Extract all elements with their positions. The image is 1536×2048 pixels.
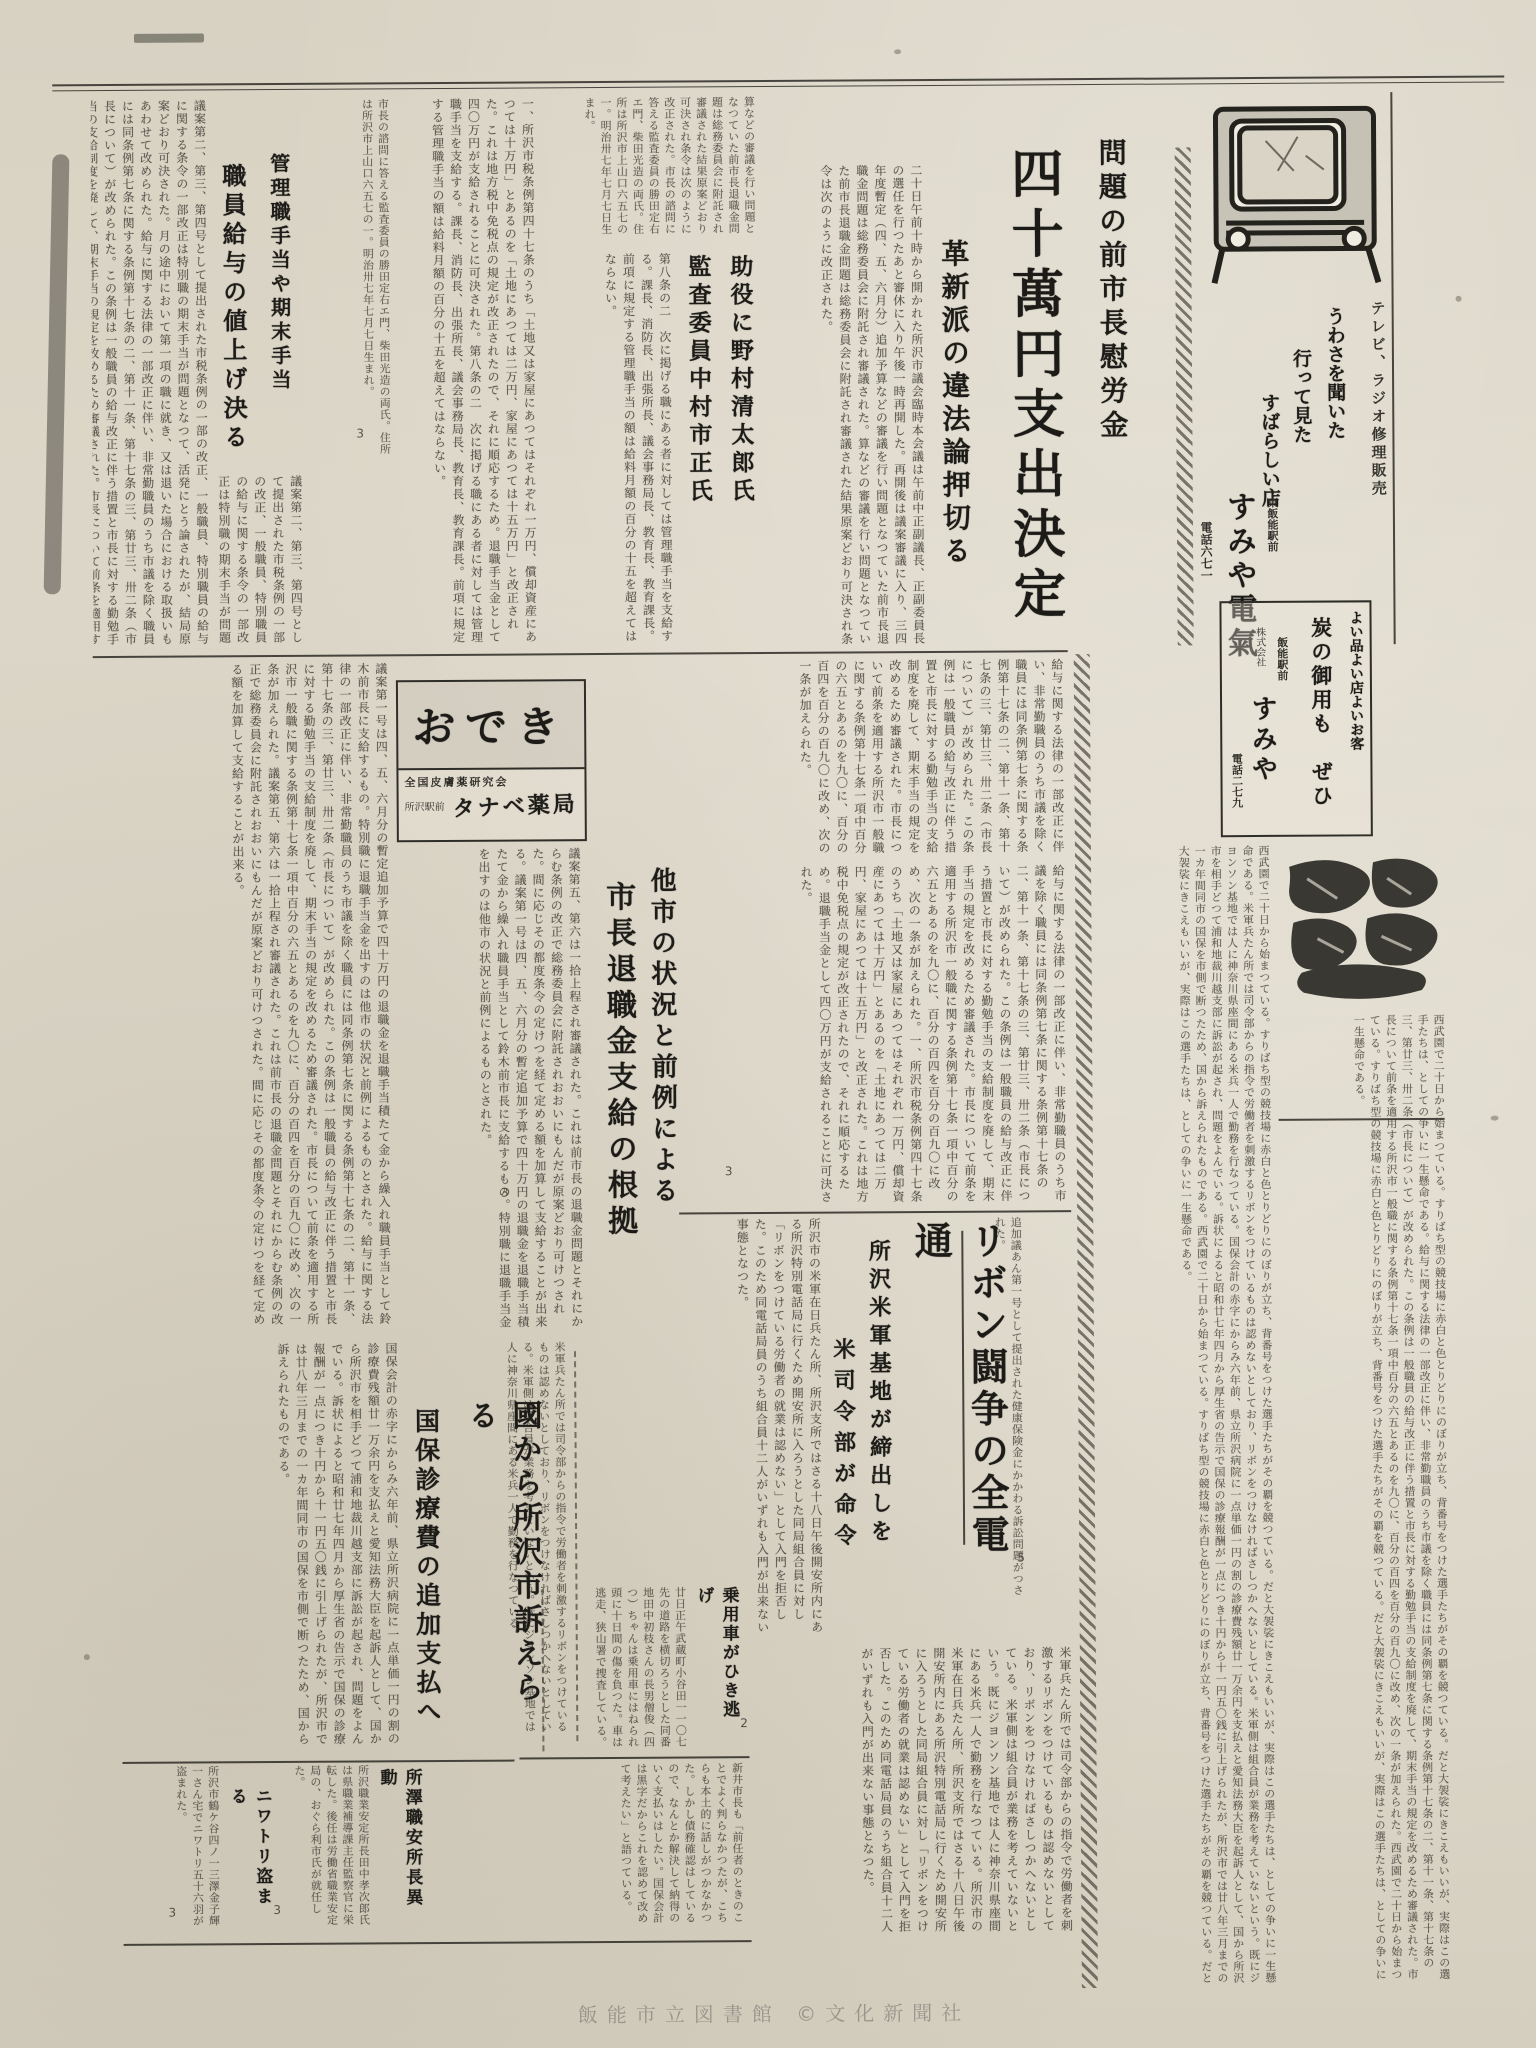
salary-article-body-left: 議案第二、第三、第四号として提出された市税条例の一部の改正、一般職員、特別職員の… [90,99,211,652]
ad-odeki[interactable]: おでき 全国皮膚薬研究会 所沢駅前 タナベ薬局 [396,679,587,842]
hatched-divider [1074,654,1098,1988]
main-subhead: 革新派の違法論押切る [933,239,976,651]
article-continuation: 算などの審議を行い問題となつていた前市長退職金問題は総務委員会に附託され審議され… [542,96,757,243]
retirement-article-body: 議案第五、第六は一拾上程され審議された。これは前市長の退職金問題とそれにからむ条… [397,847,586,1332]
ad-odeki-shop: タナベ薬局 [452,787,578,823]
section-rule [519,1756,749,1759]
hitandrun-headline: 乗用車がひき逃げ [691,1586,742,1734]
library-copyright-caption: 飯能市立図書館 ©文化新聞社 [6,1993,1536,2031]
column-end-marker: 3 [501,1186,509,1200]
scan-artifact-bar [134,33,204,42]
column-end-marker: 3 [725,1164,733,1178]
column-end-marker: 2 [740,1716,748,1730]
lawsuit-subhead: 国保診療費の追加支払へ [407,1408,445,1762]
section-rule [122,1760,514,1764]
main-kicker: 問題の前市長慰労金 [1091,138,1133,538]
ad-catch-line-2: 行って見た [1288,349,1316,489]
television-illustration-icon [1205,100,1384,291]
salary-kicker: 管理職手当や期末手当 [265,153,296,441]
ribbon-headline: リボン闘争の全電通 [903,1221,1015,1592]
ad-odeki-location: 所沢駅前 [405,798,445,813]
calligraphy-title-graphic [1277,848,1446,1011]
ad-phone: 電話六七一 [1198,521,1216,671]
ordinance-article-body: 第八条の二 次に掲げる職にある者に対しては管理職手当を支給する。課長、消防長、出… [543,253,675,650]
column-end-marker: 3 [168,1906,176,1920]
salary-article-body: 議案第二、第三、第四号として提出された市税条例の一部の改正、一般職員、特別職員の… [215,475,306,652]
retirement-article-body-left: 議案第一号は四、五、六月分の暫定追加予算で四十万円の退職金を退職手当積たて金から… [94,662,394,1334]
ordinance-body-block: 給与に関する法律の一部改正に伴い、非常勤職員のうち市議を除く職員には同条例第七条… [677,864,1069,1208]
scan-artifact-edge [44,154,70,594]
bottom-rule [124,1940,752,1946]
main-article-body: 二十日午前十時から開かれた所沢市議会臨時本会議は午前中正副議長、正副委員長の選任… [763,164,928,648]
hatched-divider [1175,147,1194,645]
ad-shop-name: すみや [1244,695,1282,807]
ribbon-subhead-1: 所沢米軍基地が締出しを [863,1239,896,1621]
column-end-marker: 5 [1017,1550,1025,1564]
ribbon-subhead-2: 米司令部が命令 [828,1337,861,1621]
ad-sumiya-coal[interactable]: よい品よい店よいお客 炭の御用も ぜひ 飯能駅前 株式会社 すみや 電話二七九 [1219,600,1372,837]
ad-sumiya-denki[interactable]: テレビ、ラジオ修理販売 うわさを聞いた 行って見た すばらしい店 東飯能駅前 す… [1199,92,1392,645]
ribbon-article-body: 所沢市の米軍在日兵たん所、所沢支所ではさる十八日午後開安所内にある所沢特別電話局… [681,1218,826,1639]
ad-company-type: 株式会社 [1252,627,1267,697]
main-headline: 四十萬円支出決定 [995,146,1073,651]
newspaper-page: テレビ、ラジオ修理販売 うわさを聞いた 行って見た すばらしい店 東飯能駅前 す… [0,0,1536,2048]
ribbon-article-body-2: 米軍兵たん所では司令部からの指令で労働者を刺激するリボンをつけているものは認めな… [752,1646,1076,1936]
top-rule [52,75,1504,86]
ad-phone: 電話二七九 [1228,753,1244,829]
feature-article-body-right: 西武園で二十日から始まつている。すりばち型の競技場に赤白と色とりどりにのぼりが立… [1278,1014,1452,1985]
lawsuit-headline: 國から所沢市訴えらる [457,1399,547,1738]
section-rule [93,650,1068,658]
auditor-article-body: 市長の諮問に答える監査委員の勝田定右エ門、柴田光造の両氏。住所は所沢市上山口六五… [306,98,392,459]
ordinance-body-strip: 給与に関する法律の一部改正に伴い、非常勤職員のうち市議を除く職員には同条例第七条… [588,658,1067,861]
section-rule [679,1210,1071,1214]
column-end-marker: 3 [356,426,364,440]
salary-headline: 職員給与の値上げ決る [215,163,252,469]
retirement-headline: 市長退職金支給の根拠 [595,881,641,1265]
feature-article-body-left: 西武園で二十日から始まつている。すりばち型の競技場に赤白と色とりどりにのぼりが立… [1099,845,1278,1986]
lawsuit-article-body: 国保会計の赤字にからみ六年前、県立所沢病院に一点単価一円の割の診療費残額廿一万余… [98,1342,403,1758]
chicken-theft-headline: ニワトリ盗まる [225,1787,276,1921]
ad-catch-line-1: うわさを聞いた [1322,306,1350,466]
joboffice-headline: 所澤職安所長異動 [375,1768,426,1920]
ad-slogan: よい品よい店よいお客 [1345,610,1366,828]
chicken-theft-article-body: 所沢市鶴ケ谷四ノ一三澤金子輝一さん宅でニワトリ五十六羽が盗まれた。 [153,1765,222,1937]
tax-ordinance-body: 一、所沢市税条例第四十七条のうち「土地又は家屋にあつてはそれぞれ一万円、償却資産… [394,97,539,650]
subhead-auditor: 監査委員中村市正氏 [681,254,716,646]
subhead-deputy-mayor: 助役に野村清太郎氏 [723,254,758,646]
scanned-sheet: テレビ、ラジオ修理販売 うわさを聞いた 行って見た すばらしい店 東飯能駅前 す… [0,0,1536,2048]
hitandrun-article-body: 廿日正午武蔵町小谷田一一〇七先の道路を横切ろうとした同番地田中初枝さんの長男僧俊… [555,1587,688,1754]
ad-odeki-title: おでき [411,694,570,755]
ad-line: 炭の御用も ぜひ [1306,617,1337,822]
mayor-comment-body: 新井市長も「前任者のときのことでよく判らなかつたが、こちらも本土的に話しがつかな… [555,1762,746,1935]
